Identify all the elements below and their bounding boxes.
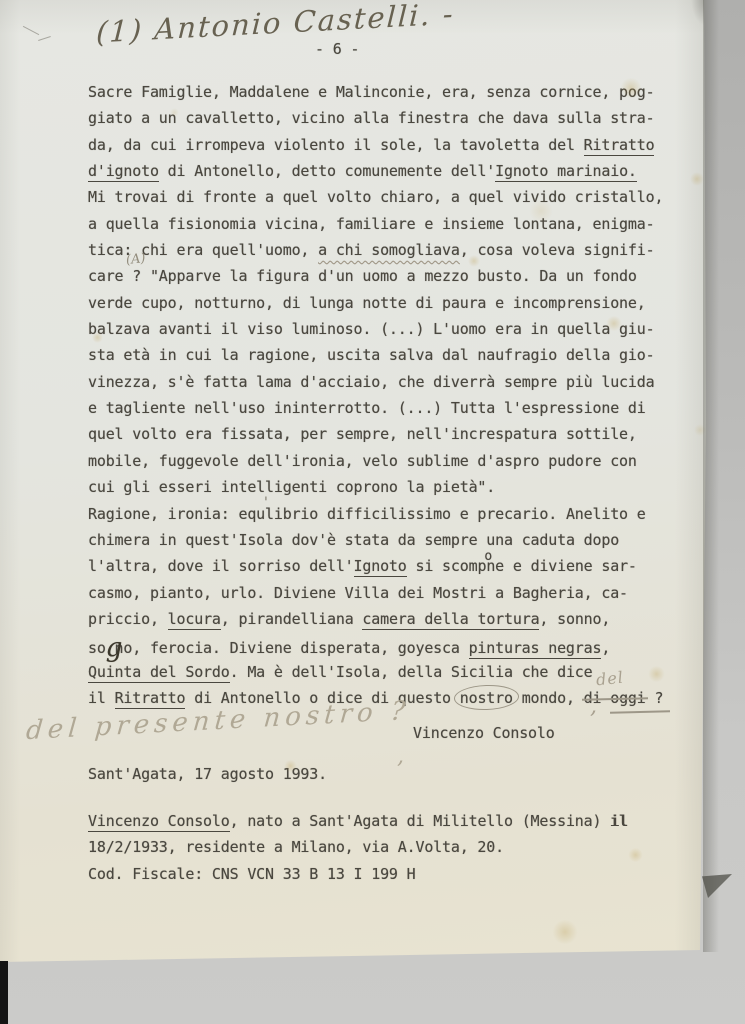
- body-line: care ? "Apparve la figura d'un uomo a me…: [88, 263, 663, 289]
- body-line: sta età in cui la ragione, uscita salva …: [88, 342, 663, 368]
- body-line: balzava avanti il viso luminoso. (...) L…: [88, 316, 663, 342]
- text-run: da, da cui irrompeva violento il sole, l…: [88, 136, 584, 154]
- pencil-circled-word: nostro: [460, 689, 513, 707]
- body-line: da, da cui irrompeva violento il sole, l…: [88, 132, 663, 158]
- underlined-phrase: Quinta del Sordo: [88, 663, 230, 683]
- footer-line: Vincenzo Consolo, nato a Sant'Agata di M…: [88, 808, 628, 834]
- body-line: casmo, pianto, urlo. Diviene Villa dei M…: [88, 580, 663, 606]
- pencil-scratch-mark: [38, 36, 51, 41]
- body-line: priccio, locura, pirandelliana camera de…: [88, 606, 663, 632]
- body-line: d'ignoto di Antonello, detto comunemente…: [88, 158, 663, 184]
- foxing-stain: [528, 200, 554, 222]
- text-run: priccio,: [88, 610, 168, 628]
- text-run: so: [88, 639, 106, 657]
- footer-line: Cod. Fiscale: CNS VCN 33 B 13 I 199 H: [88, 861, 628, 887]
- text-run: balzava avanti il viso luminoso. (...) L…: [88, 320, 654, 338]
- text-run: ,: [601, 639, 610, 657]
- foxing-stain: [690, 172, 704, 186]
- scan-edge-black-strip: [0, 961, 8, 1024]
- body-line: Mi trovai di fronte a quel volto chiaro,…: [88, 184, 663, 210]
- underlined-word: locura: [168, 610, 221, 630]
- handwritten-inserted-g: g: [106, 635, 115, 661]
- body-line: Sacre Famiglie, Maddalene e Malinconie, …: [88, 79, 663, 105]
- foxing-stain: [620, 78, 642, 98]
- foxing-stain: [606, 316, 622, 331]
- text-run: mobile, fuggevole dell'ironia, velo subl…: [88, 452, 637, 470]
- foxing-stain: [170, 108, 179, 117]
- page-number: - 6 -: [315, 36, 359, 62]
- foxing-stain: [552, 920, 578, 944]
- text-run: vinezza, s'è fatta lama d'acciaio, che d…: [88, 373, 654, 391]
- pencil-comma-mark: ,: [590, 694, 597, 719]
- text-run: casmo, pianto, urlo. Diviene Villa dei M…: [88, 584, 628, 602]
- text-run: ne e diviene sar-: [486, 557, 636, 575]
- text-run: , sonno,: [539, 610, 610, 628]
- text-run: Ragione, ironia: equlibrio difficilissim…: [88, 505, 646, 523]
- text-run: tica: chi era quell'uomo,: [88, 241, 318, 259]
- text-run: ?: [646, 689, 664, 707]
- body-line: chimera in quest'Isola dov'è stata da se…: [88, 527, 663, 553]
- underlined-title: Ignoto marinaio.: [495, 162, 637, 182]
- pencil-wavy-underlined-text: a chi somogliava: [318, 241, 460, 259]
- foxing-stain: [468, 255, 480, 267]
- underlined-title: d'ignoto: [88, 162, 159, 182]
- text-run: quel volto era fissata, per sempre, nell…: [88, 425, 637, 443]
- typed-body-text: Sacre Famiglie, Maddalene e Malinconie, …: [88, 79, 663, 711]
- underlined-name: Vincenzo Consolo: [88, 812, 230, 832]
- body-line: tica: chi era quell'uomo, a chi somoglia…: [88, 237, 663, 263]
- pencil-scratch-mark: [23, 26, 39, 35]
- body-line: e tagliente nell'uso ininterrotto. (...)…: [88, 395, 663, 421]
- overtyped-word: il: [610, 812, 628, 830]
- text-run: . Ma è dell'Isola, della Sicilia che dic…: [230, 663, 593, 681]
- body-line: cui gli esseri intelligenti coprono la p…: [88, 474, 663, 500]
- body-line: sogno, ferocia. Diviene disperata, goyes…: [88, 632, 663, 658]
- body-line: verde cupo, notturno, di lunga notte di …: [88, 290, 663, 316]
- typed-footer-block: Vincenzo Consolo, nato a Sant'Agata di M…: [88, 808, 628, 887]
- body-line: Ragione, ironia: equlibrio difficilissim…: [88, 501, 663, 527]
- pencil-caret-mark: ': [264, 495, 268, 511]
- handwritten-top-note: (1) Antonio Castelli. -: [95, 0, 455, 49]
- footer-line: 18/2/1933, residente a Milano, via A.Vol…: [88, 834, 628, 860]
- text-run: di Antonello, detto comunemente dell': [159, 162, 495, 180]
- underlined-title: Ignoto: [354, 557, 407, 577]
- scanned-document-page: (1) Antonio Castelli. - - 6 - Sacre Fami…: [0, 0, 745, 1024]
- text-run: verde cupo, notturno, di lunga notte di …: [88, 294, 646, 312]
- pencil-margin-mark: (A): [125, 251, 146, 268]
- body-line: vinezza, s'è fatta lama d'acciaio, che d…: [88, 369, 663, 395]
- text-run: chimera in quest'Isola dov'è stata da se…: [88, 531, 619, 549]
- foxing-stain: [648, 666, 665, 682]
- text-run: , nato a Sant'Agata di Militello (Messin…: [230, 812, 611, 830]
- body-line: Quinta del Sordo. Ma è dell'Isola, della…: [88, 659, 663, 685]
- text-run: no, ferocia. Diviene disperata, goyesca: [115, 639, 469, 657]
- body-line: a quella fisionomia vicina, familiare e …: [88, 211, 663, 237]
- handwritten-replacement-word: del: [595, 668, 625, 690]
- text-run: e tagliente nell'uso ininterrotto. (...)…: [88, 399, 646, 417]
- paper-sheet: (1) Antonio Castelli. - - 6 - Sacre Fami…: [0, 0, 745, 1024]
- text-run: il: [88, 689, 115, 707]
- text-run: si scomp: [407, 557, 487, 575]
- text-run: Sacre Famiglie, Maddalene e Malinconie, …: [88, 83, 654, 101]
- text-run: a quella fisionomia vicina, familiare e …: [88, 215, 654, 233]
- foxing-stain: [284, 760, 297, 772]
- pencil-underline-mark: [610, 710, 670, 713]
- text-run: Mi trovai di fronte a quel volto chiaro,…: [88, 188, 663, 206]
- pencil-comma-mark: ,: [397, 744, 404, 769]
- underlined-title: Ritratto: [584, 136, 655, 156]
- underlined-phrase: camera della tortura: [362, 610, 539, 630]
- paper-edge-shadow: [703, 0, 719, 952]
- underlined-title: Ritratto: [115, 689, 186, 709]
- body-line: mobile, fuggevole dell'ironia, velo subl…: [88, 448, 663, 474]
- text-run: l'altra, dove il sorriso dell': [88, 557, 354, 575]
- text-run: cui gli esseri intelligenti coprono la p…: [88, 478, 495, 496]
- text-run: care ? "Apparve la figura d'un uomo a me…: [88, 267, 637, 285]
- text-run: mondo,: [513, 689, 584, 707]
- body-line: quel volto era fissata, per sempre, nell…: [88, 421, 663, 447]
- text-run: 18/2/1933, residente a Milano, via A.Vol…: [88, 838, 504, 856]
- text-run: , pirandelliana: [221, 610, 363, 628]
- text-run: Cod. Fiscale: CNS VCN 33 B 13 I 199 H: [88, 865, 415, 883]
- foxing-stain: [92, 332, 103, 343]
- text-run: sta età in cui la ragione, uscita salva …: [88, 346, 654, 364]
- text-run: , cosa voleva signifi-: [460, 241, 655, 259]
- body-line: l'altra, dove il sorriso dell'Ignoto si …: [88, 553, 663, 579]
- typed-signature: Vincenzo Consolo: [413, 720, 555, 746]
- foxing-stain: [628, 848, 643, 862]
- underlined-phrase: pinturas negras: [469, 639, 602, 659]
